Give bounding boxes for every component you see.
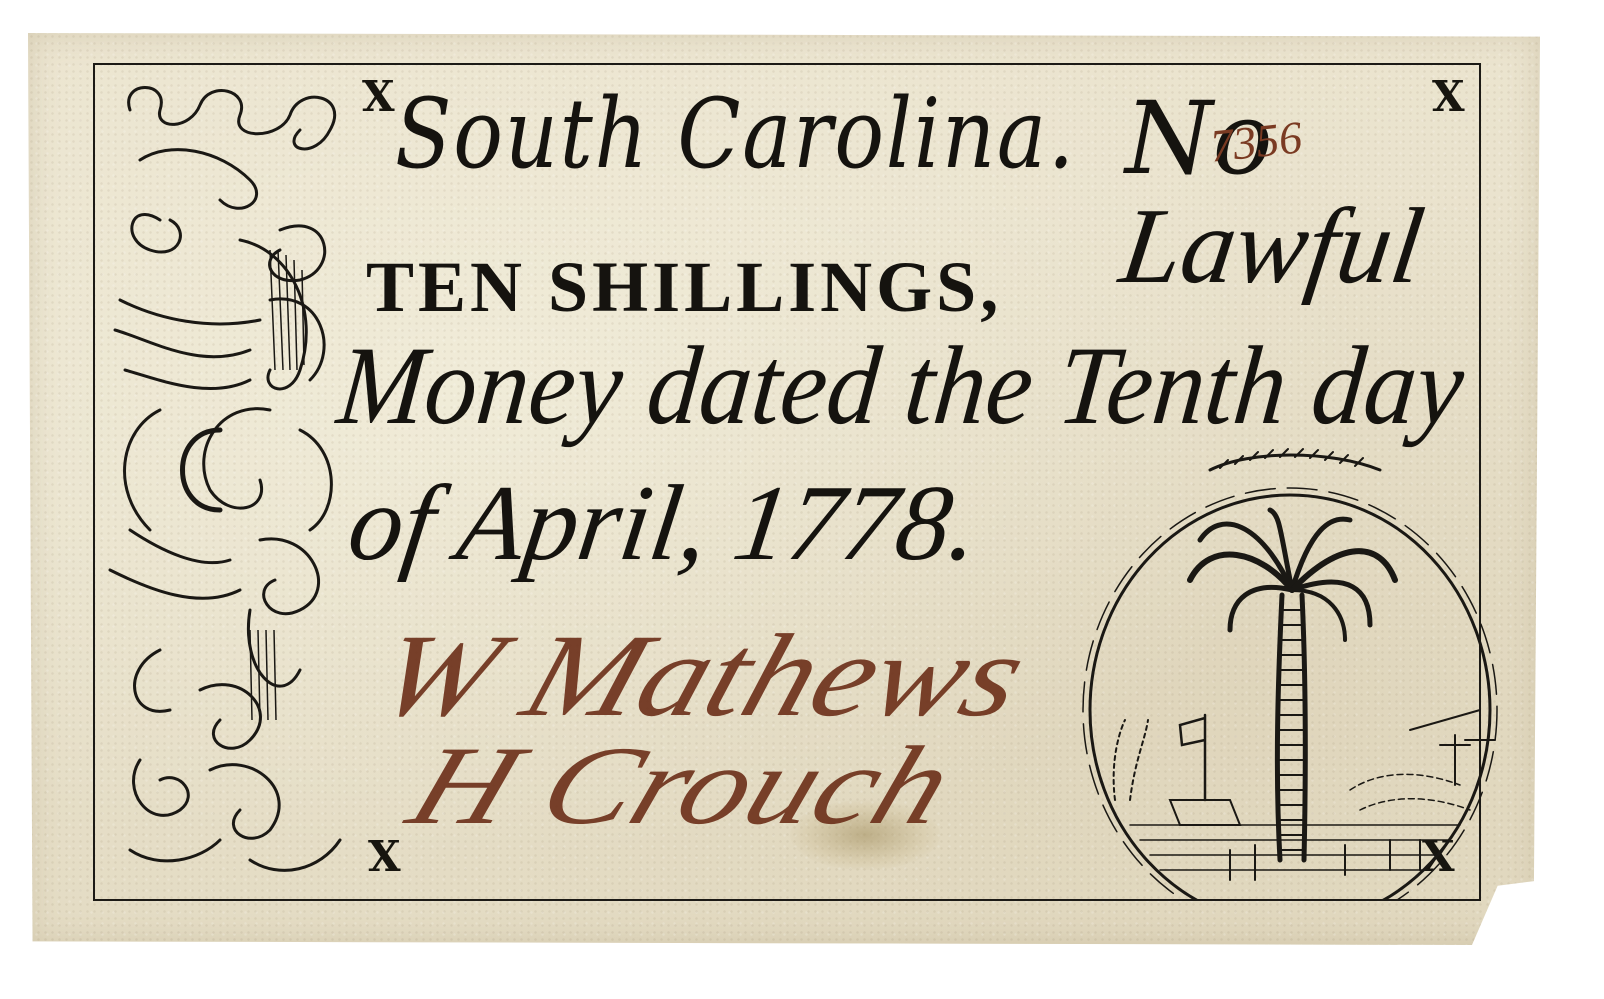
denomination-text: TEN SHILLINGS, xyxy=(366,246,1002,329)
date-text: of April, 1778. xyxy=(341,462,987,586)
corner-mark-top-left: X xyxy=(362,76,395,118)
palm-tree-seal-icon xyxy=(1060,440,1520,900)
title-south-carolina: South Carolina. xyxy=(395,78,1076,190)
corner-mark-top-right: X xyxy=(1432,76,1465,118)
lawful-text: Lawful xyxy=(1113,185,1431,309)
money-dated-text: Money dated the Tenth day xyxy=(332,322,1469,451)
flourish-ornament-icon xyxy=(100,70,360,900)
signature-2: H Crouch xyxy=(393,722,969,851)
serial-number: 7356 xyxy=(1207,110,1304,172)
